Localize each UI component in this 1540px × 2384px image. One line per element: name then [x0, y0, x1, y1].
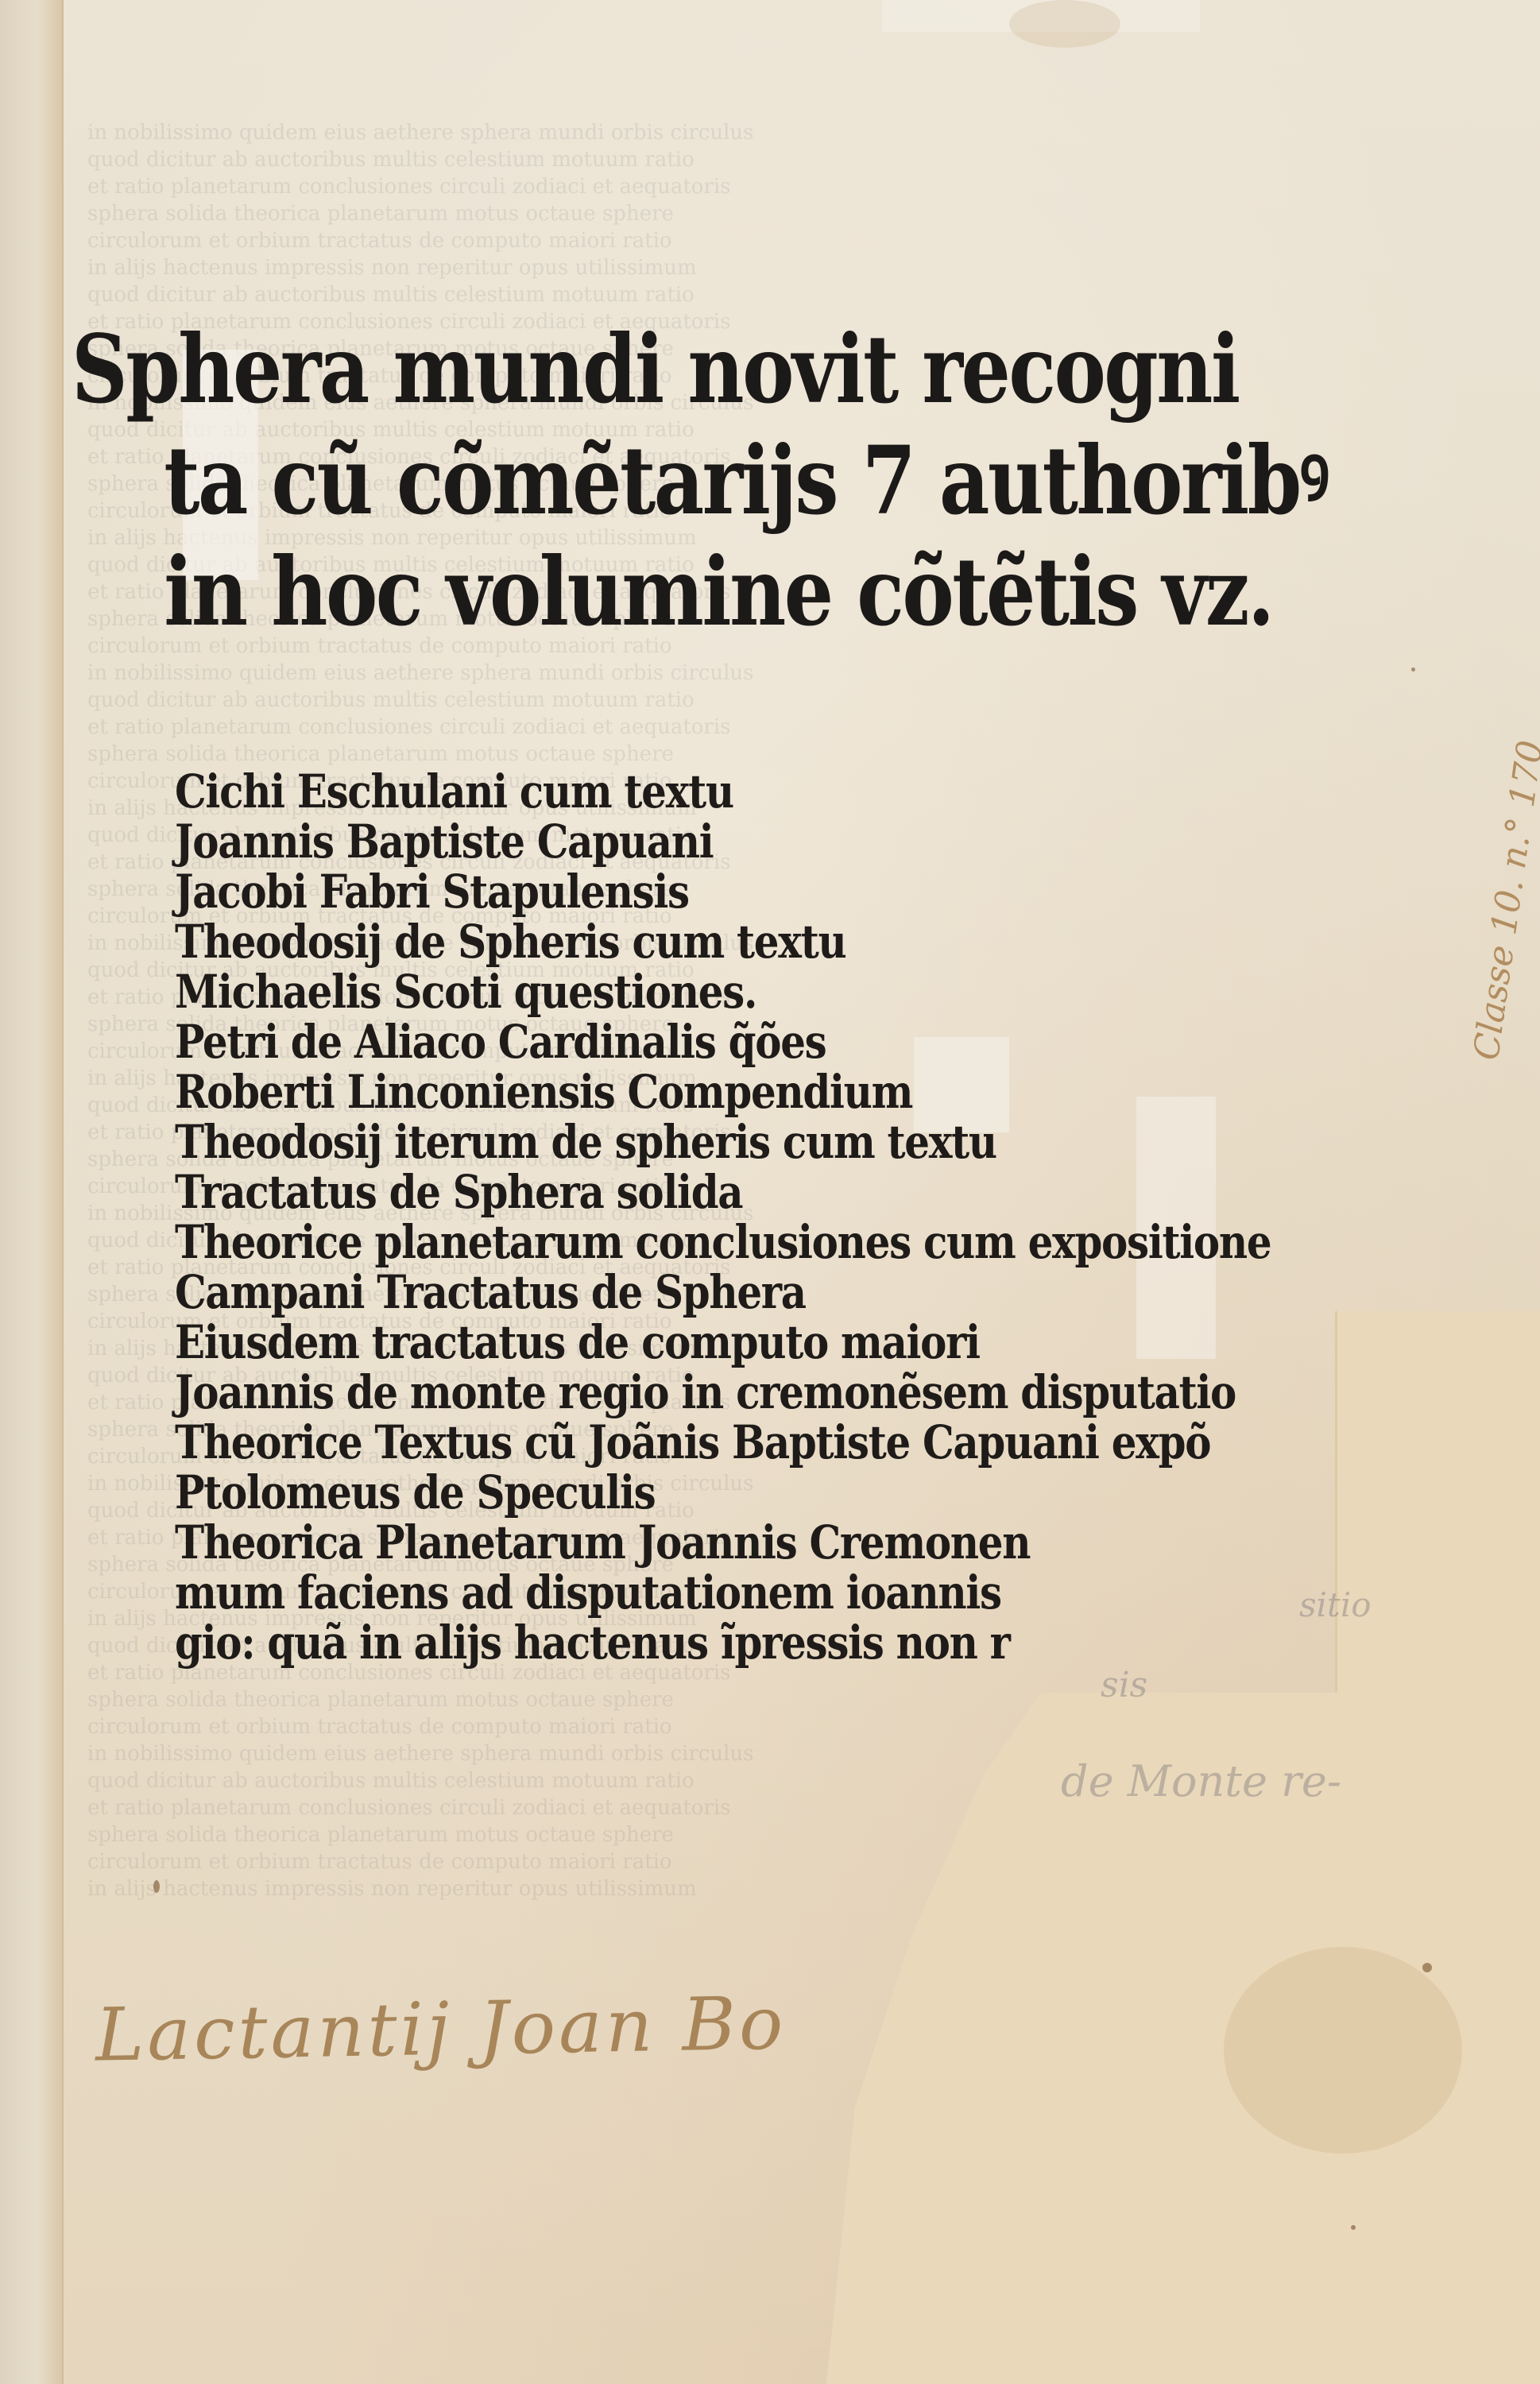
pencil-restoration: sis: [1101, 1665, 1147, 1705]
stain: [1224, 1947, 1462, 2154]
contents-item: gio: quã in alijs hactenus ĩpressis non …: [175, 1618, 1145, 1668]
contents-item: Cichi Eschulani cum textu: [175, 767, 1145, 817]
pencil-restoration: de Monte re-: [1061, 1756, 1341, 1806]
title-block: Sphera mundi novit recogni ta cũ cõmẽtar…: [72, 314, 1422, 648]
contents-item: Ptolomeus de Speculis: [175, 1468, 1145, 1518]
title-line: ta cũ cõmẽtarijs 7 authoribꝰ: [72, 425, 1193, 536]
contents-item: Theodosij de Spheris cum textu: [175, 917, 1145, 967]
contents-item: mum faciens ad disputationem ioannis: [175, 1568, 1145, 1618]
contents-item: Theorica Planetarum Joannis Cremonen: [175, 1518, 1145, 1568]
contents-item: Joannis de monte regio in cremonẽsem dis…: [175, 1368, 1145, 1418]
ink-speck: [1411, 668, 1415, 671]
book-page: in nobilissimo quidem eius aethere spher…: [0, 0, 1540, 2384]
contents-item: Roberti Linconiensis Compendium: [175, 1067, 1145, 1117]
contents-item: Campani Tractatus de Sphera: [175, 1267, 1145, 1318]
shelfmark-note: Classe 10. n.° 170: [1466, 738, 1540, 1063]
ink-speck: [153, 1880, 160, 1893]
contents-item: Tractatus de Sphera solida: [175, 1167, 1145, 1217]
contents-item: Theodosij iterum de spheris cum textu: [175, 1117, 1145, 1167]
ink-speck: [1422, 1963, 1432, 1972]
contents-item: Joannis Baptiste Capuani: [175, 817, 1145, 867]
binding-strip: [0, 0, 64, 2384]
contents-item: Jacobi Fabri Stapulensis: [175, 867, 1145, 917]
contents-item: Theorice planetarum conclusiones cum exp…: [175, 1217, 1145, 1267]
contents-list: Cichi Eschulani cum textu Joannis Baptis…: [175, 767, 1303, 1668]
ownership-signature: Lactantij Joan Bo: [95, 1980, 787, 2077]
pencil-restoration: sitio: [1299, 1585, 1372, 1624]
contents-item: Petri de Aliaco Cardinalis q̃ões: [175, 1017, 1145, 1067]
contents-item: Theorice Textus cũ Joãnis Baptiste Capua…: [175, 1418, 1145, 1468]
contents-item: Michaelis Scoti questiones.: [175, 967, 1145, 1017]
title-line: Sphera mundi novit recogni: [72, 314, 1193, 425]
title-line: in hoc volumine cõtẽtis vz.: [72, 536, 1193, 648]
stain: [1009, 0, 1120, 48]
contents-item: Eiusdem tractatus de computo maiori: [175, 1318, 1145, 1368]
ink-speck: [1351, 2225, 1356, 2230]
